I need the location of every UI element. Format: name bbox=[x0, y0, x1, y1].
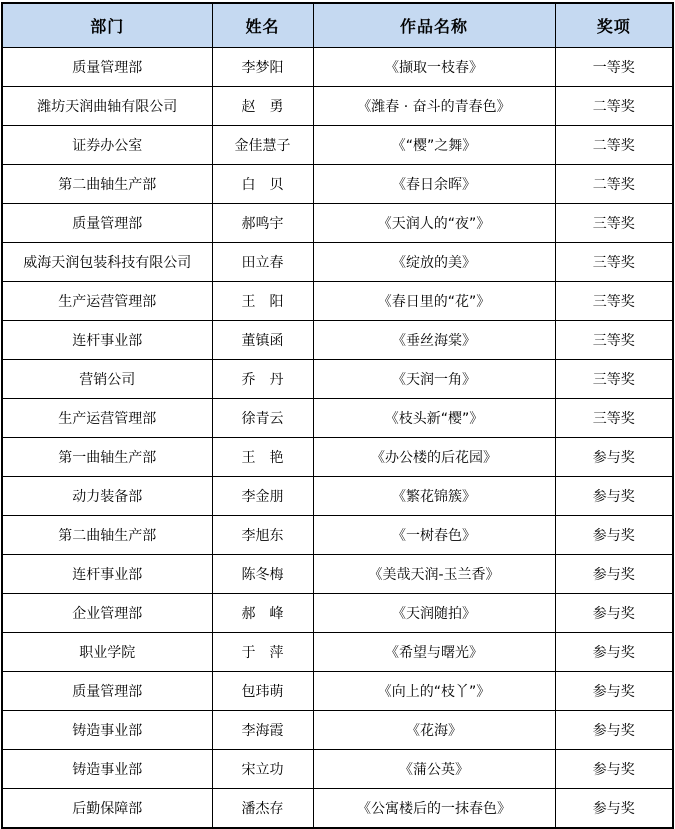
table-row: 质量管理部李梦阳《撷取一枝春》一等奖 bbox=[2, 48, 673, 87]
cell-work: 《公寓楼后的一抹春色》 bbox=[313, 789, 555, 829]
table-row: 第二曲轴生产部白 贝《春日余晖》二等奖 bbox=[2, 165, 673, 204]
cell-award: 三等奖 bbox=[555, 321, 673, 360]
table-row: 第二曲轴生产部李旭东《一树春色》参与奖 bbox=[2, 516, 673, 555]
cell-name: 李海霞 bbox=[212, 711, 313, 750]
table-row: 威海天润包装科技有限公司田立春《绽放的美》三等奖 bbox=[2, 243, 673, 282]
table-row: 职业学院于 萍《希望与曙光》参与奖 bbox=[2, 633, 673, 672]
cell-name: 郝鸣宇 bbox=[212, 204, 313, 243]
cell-department: 质量管理部 bbox=[2, 48, 212, 87]
cell-award: 参与奖 bbox=[555, 477, 673, 516]
cell-work: 《美哉天润-玉兰香》 bbox=[313, 555, 555, 594]
cell-name: 于 萍 bbox=[212, 633, 313, 672]
cell-work: 《办公楼的后花园》 bbox=[313, 438, 555, 477]
header-department: 部门 bbox=[2, 3, 212, 48]
table-row: 第一曲轴生产部王 艳《办公楼的后花园》参与奖 bbox=[2, 438, 673, 477]
table-row: 动力装备部李金朋《繁花锦簇》参与奖 bbox=[2, 477, 673, 516]
cell-award: 参与奖 bbox=[555, 555, 673, 594]
cell-department: 后勤保障部 bbox=[2, 789, 212, 829]
cell-award: 参与奖 bbox=[555, 711, 673, 750]
header-row: 部门 姓名 作品名称 奖项 bbox=[2, 3, 673, 48]
cell-department: 连杆事业部 bbox=[2, 555, 212, 594]
table-row: 质量管理部郝鸣宇《天润人的“夜”》三等奖 bbox=[2, 204, 673, 243]
cell-name: 郝 峰 bbox=[212, 594, 313, 633]
table-row: 铸造事业部宋立功《蒲公英》参与奖 bbox=[2, 750, 673, 789]
cell-name: 乔 丹 bbox=[212, 360, 313, 399]
cell-name: 王 艳 bbox=[212, 438, 313, 477]
cell-award: 三等奖 bbox=[555, 282, 673, 321]
cell-work: 《枝头新“樱”》 bbox=[313, 399, 555, 438]
table-row: 营销公司乔 丹《天润一角》三等奖 bbox=[2, 360, 673, 399]
cell-work: 《绽放的美》 bbox=[313, 243, 555, 282]
cell-work: 《一树春色》 bbox=[313, 516, 555, 555]
table-row: 企业管理部郝 峰《天润随拍》参与奖 bbox=[2, 594, 673, 633]
table-row: 证券办公室金佳慧子《“樱”之舞》二等奖 bbox=[2, 126, 673, 165]
cell-award: 三等奖 bbox=[555, 360, 673, 399]
header-name: 姓名 bbox=[212, 3, 313, 48]
cell-award: 一等奖 bbox=[555, 48, 673, 87]
cell-award: 二等奖 bbox=[555, 165, 673, 204]
cell-award: 二等奖 bbox=[555, 87, 673, 126]
cell-name: 宋立功 bbox=[212, 750, 313, 789]
cell-work: 《春日里的“花”》 bbox=[313, 282, 555, 321]
cell-name: 李梦阳 bbox=[212, 48, 313, 87]
table-row: 质量管理部包玮萌《向上的“枝丫”》参与奖 bbox=[2, 672, 673, 711]
cell-name: 包玮萌 bbox=[212, 672, 313, 711]
cell-name: 李旭东 bbox=[212, 516, 313, 555]
cell-work: 《天润人的“夜”》 bbox=[313, 204, 555, 243]
table-row: 连杆事业部董镇函《垂丝海棠》三等奖 bbox=[2, 321, 673, 360]
cell-name: 徐青云 bbox=[212, 399, 313, 438]
cell-department: 生产运营管理部 bbox=[2, 399, 212, 438]
cell-work: 《花海》 bbox=[313, 711, 555, 750]
cell-name: 田立春 bbox=[212, 243, 313, 282]
cell-department: 证券办公室 bbox=[2, 126, 212, 165]
cell-work: 《向上的“枝丫”》 bbox=[313, 672, 555, 711]
cell-award: 参与奖 bbox=[555, 516, 673, 555]
cell-name: 王 阳 bbox=[212, 282, 313, 321]
cell-award: 参与奖 bbox=[555, 789, 673, 829]
cell-award: 三等奖 bbox=[555, 399, 673, 438]
table-row: 生产运营管理部徐青云《枝头新“樱”》三等奖 bbox=[2, 399, 673, 438]
cell-department: 连杆事业部 bbox=[2, 321, 212, 360]
cell-name: 白 贝 bbox=[212, 165, 313, 204]
cell-department: 潍坊天润曲轴有限公司 bbox=[2, 87, 212, 126]
cell-work: 《垂丝海棠》 bbox=[313, 321, 555, 360]
table-row: 潍坊天润曲轴有限公司赵 勇《潍春 · 奋斗的青春色》二等奖 bbox=[2, 87, 673, 126]
cell-award: 参与奖 bbox=[555, 438, 673, 477]
cell-name: 李金朋 bbox=[212, 477, 313, 516]
cell-department: 第二曲轴生产部 bbox=[2, 516, 212, 555]
cell-award: 三等奖 bbox=[555, 204, 673, 243]
cell-work: 《天润一角》 bbox=[313, 360, 555, 399]
cell-award: 三等奖 bbox=[555, 243, 673, 282]
cell-name: 赵 勇 bbox=[212, 87, 313, 126]
cell-work: 《繁花锦簇》 bbox=[313, 477, 555, 516]
cell-award: 参与奖 bbox=[555, 672, 673, 711]
cell-work: 《撷取一枝春》 bbox=[313, 48, 555, 87]
cell-department: 质量管理部 bbox=[2, 204, 212, 243]
table-row: 后勤保障部潘杰存《公寓楼后的一抹春色》参与奖 bbox=[2, 789, 673, 829]
cell-work: 《希望与曙光》 bbox=[313, 633, 555, 672]
cell-work: 《蒲公英》 bbox=[313, 750, 555, 789]
cell-work: 《天润随拍》 bbox=[313, 594, 555, 633]
cell-department: 质量管理部 bbox=[2, 672, 212, 711]
cell-work: 《“樱”之舞》 bbox=[313, 126, 555, 165]
cell-department: 营销公司 bbox=[2, 360, 212, 399]
cell-award: 二等奖 bbox=[555, 126, 673, 165]
cell-department: 动力装备部 bbox=[2, 477, 212, 516]
table-row: 铸造事业部李海霞《花海》参与奖 bbox=[2, 711, 673, 750]
cell-work: 《潍春 · 奋斗的青春色》 bbox=[313, 87, 555, 126]
awards-table: 部门 姓名 作品名称 奖项 质量管理部李梦阳《撷取一枝春》一等奖潍坊天润曲轴有限… bbox=[1, 2, 674, 829]
cell-name: 董镇函 bbox=[212, 321, 313, 360]
cell-name: 金佳慧子 bbox=[212, 126, 313, 165]
table-row: 连杆事业部陈冬梅《美哉天润-玉兰香》参与奖 bbox=[2, 555, 673, 594]
cell-work: 《春日余晖》 bbox=[313, 165, 555, 204]
cell-department: 企业管理部 bbox=[2, 594, 212, 633]
cell-department: 第一曲轴生产部 bbox=[2, 438, 212, 477]
cell-department: 铸造事业部 bbox=[2, 750, 212, 789]
cell-department: 第二曲轴生产部 bbox=[2, 165, 212, 204]
cell-department: 生产运营管理部 bbox=[2, 282, 212, 321]
header-award: 奖项 bbox=[555, 3, 673, 48]
cell-award: 参与奖 bbox=[555, 750, 673, 789]
table-row: 生产运营管理部王 阳《春日里的“花”》三等奖 bbox=[2, 282, 673, 321]
cell-name: 潘杰存 bbox=[212, 789, 313, 829]
cell-department: 威海天润包装科技有限公司 bbox=[2, 243, 212, 282]
cell-name: 陈冬梅 bbox=[212, 555, 313, 594]
cell-award: 参与奖 bbox=[555, 633, 673, 672]
header-work: 作品名称 bbox=[313, 3, 555, 48]
cell-department: 职业学院 bbox=[2, 633, 212, 672]
cell-department: 铸造事业部 bbox=[2, 711, 212, 750]
cell-award: 参与奖 bbox=[555, 594, 673, 633]
